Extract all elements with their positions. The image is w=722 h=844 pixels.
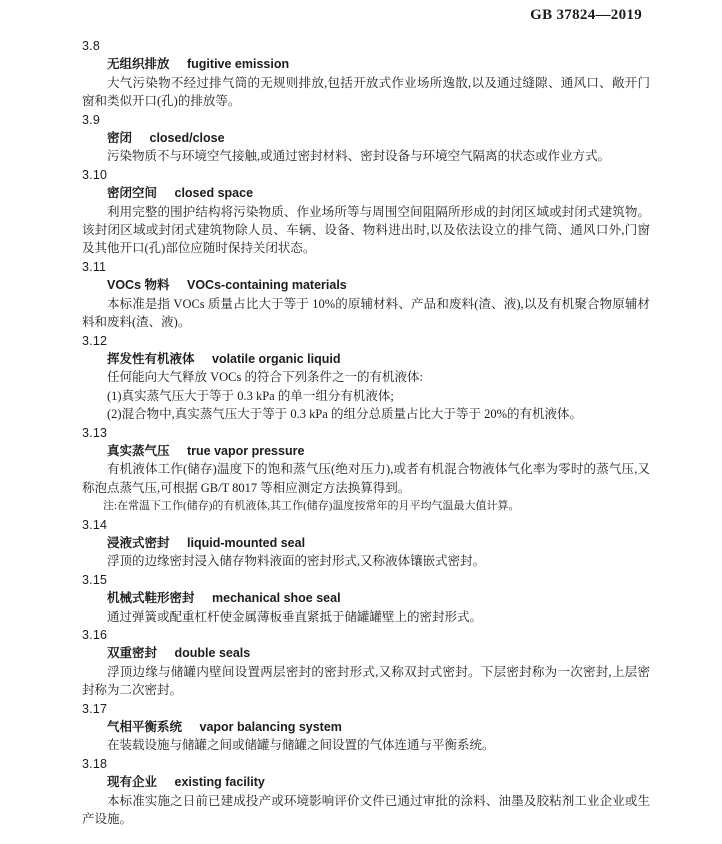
term-line: 密闭空间 closed space xyxy=(82,184,650,202)
term-line: 真实蒸气压 true vapor pressure xyxy=(82,442,650,460)
term-line: 机械式鞋形密封 mechanical shoe seal xyxy=(82,589,650,607)
term-zh: 真实蒸气压 xyxy=(107,444,170,458)
term-zh: 浸液式密封 xyxy=(107,536,170,550)
term-en: double seals xyxy=(175,646,251,660)
term-entry: 3.17 气相平衡系统 vapor balancing system 在装载设施… xyxy=(82,700,650,755)
definition-paragraph: 利用完整的围护结构将污染物质、作业场所等与周围空间阻隔所形成的封闭区域或封闭式建… xyxy=(82,203,650,258)
term-line: 挥发性有机液体 volatile organic liquid xyxy=(82,350,650,368)
terms-definitions-list: 3.8 无组织排放 fugitive emission 大气污染物不经过排气筒的… xyxy=(82,37,650,828)
term-zh: 密闭 xyxy=(107,131,132,145)
section-number: 3.13 xyxy=(82,424,650,442)
term-entry: 3.18 现有企业 existing facility 本标准实施之日前已建成投… xyxy=(82,755,650,829)
section-number: 3.17 xyxy=(82,700,650,718)
doc-number: GB 37824—2019 xyxy=(530,7,642,23)
definition-list-item: (1)真实蒸气压大于等于 0.3 kPa 的单一组分有机液体; xyxy=(82,387,650,405)
definition-paragraph: 有机液体工作(储存)温度下的饱和蒸气压(绝对压力),或者有机混合物液体气化率为零… xyxy=(82,460,650,497)
section-number: 3.15 xyxy=(82,571,650,589)
term-zh: 双重密封 xyxy=(107,646,157,660)
term-en: fugitive emission xyxy=(187,57,289,71)
term-zh: 密闭空间 xyxy=(107,186,157,200)
standard-number-header: GB 37824—2019 xyxy=(0,0,722,29)
section-number: 3.14 xyxy=(82,516,650,534)
section-number: 3.16 xyxy=(82,626,650,644)
definition-paragraph: 本标准实施之日前已建成投产或环境影响评价文件已通过审批的涂料、油墨及胶粘剂工业企… xyxy=(82,792,650,829)
definition-paragraph: 在装载设施与储罐之间或储罐与储罐之间设置的气体连通与平衡系统。 xyxy=(82,736,650,754)
term-line: 双重密封 double seals xyxy=(82,644,650,662)
term-zh: 气相平衡系统 xyxy=(107,720,182,734)
term-zh: 机械式鞋形密封 xyxy=(107,591,195,605)
section-number: 3.12 xyxy=(82,332,650,350)
definition-paragraph: 污染物质不与环境空气接触,或通过密封材料、密封设备与环境空气隔离的状态或作业方式… xyxy=(82,147,650,165)
term-entry: 3.15 机械式鞋形密封 mechanical shoe seal 通过弹簧或配… xyxy=(82,571,650,626)
term-en: VOCs-containing materials xyxy=(187,278,347,292)
term-entry: 3.10 密闭空间 closed space 利用完整的围护结构将污染物质、作业… xyxy=(82,166,650,258)
term-zh: 现有企业 xyxy=(107,775,157,789)
definition-list-item: (2)混合物中,真实蒸气压大于等于 0.3 kPa 的组分总质量占比大于等于 2… xyxy=(82,405,650,423)
term-entry: 3.11 VOCs 物料 VOCs-containing materials 本… xyxy=(82,258,650,332)
section-number: 3.8 xyxy=(82,37,650,55)
term-line: 浸液式密封 liquid-mounted seal xyxy=(82,534,650,552)
term-entry: 3.13 真实蒸气压 true vapor pressure 有机液体工作(储存… xyxy=(82,424,650,516)
term-entry: 3.8 无组织排放 fugitive emission 大气污染物不经过排气筒的… xyxy=(82,37,650,111)
term-en: true vapor pressure xyxy=(187,444,304,458)
definition-paragraph: 本标准是指 VOCs 质量占比大于等于 10%的原辅材料、产品和废料(渣、液),… xyxy=(82,295,650,332)
section-number: 3.10 xyxy=(82,166,650,184)
term-line: 现有企业 existing facility xyxy=(82,773,650,791)
definition-paragraph: 大气污染物不经过排气筒的无规则排放,包括开放式作业场所逸散,以及通过缝隙、通风口… xyxy=(82,74,650,111)
term-zh: 无组织排放 xyxy=(107,57,170,71)
term-entry: 3.9 密闭 closed/close 污染物质不与环境空气接触,或通过密封材料… xyxy=(82,111,650,166)
section-number: 3.18 xyxy=(82,755,650,773)
term-line: 无组织排放 fugitive emission xyxy=(82,55,650,73)
term-line: 密闭 closed/close xyxy=(82,129,650,147)
definition-paragraph: 通过弹簧或配重杠杆使金属薄板垂直紧抵于储罐罐壁上的密封形式。 xyxy=(82,608,650,626)
term-entry: 3.14 浸液式密封 liquid-mounted seal 浮顶的边缘密封浸入… xyxy=(82,516,650,571)
document-page: GB 37824—2019 3.8 无组织排放 fugitive emissio… xyxy=(0,0,722,844)
term-line: VOCs 物料 VOCs-containing materials xyxy=(82,276,650,294)
term-zh: VOCs 物料 xyxy=(107,278,170,292)
term-zh: 挥发性有机液体 xyxy=(107,352,195,366)
term-en: mechanical shoe seal xyxy=(212,591,341,605)
definition-paragraph: 浮顶边缘与储罐内壁间设置两层密封的密封形式,又称双封式密封。下层密封称为一次密封… xyxy=(82,663,650,700)
term-en: vapor balancing system xyxy=(200,720,342,734)
section-number: 3.9 xyxy=(82,111,650,129)
definition-paragraph: 浮顶的边缘密封浸入储存物料液面的密封形式,又称液体镶嵌式密封。 xyxy=(82,552,650,570)
term-en: closed/close xyxy=(150,131,225,145)
term-line: 气相平衡系统 vapor balancing system xyxy=(82,718,650,736)
term-entry: 3.12 挥发性有机液体 volatile organic liquid 任何能… xyxy=(82,332,650,424)
term-en: closed space xyxy=(175,186,254,200)
term-entry: 3.16 双重密封 double seals 浮顶边缘与储罐内壁间设置两层密封的… xyxy=(82,626,650,700)
section-number: 3.11 xyxy=(82,258,650,276)
term-en: volatile organic liquid xyxy=(212,352,341,366)
term-en: liquid-mounted seal xyxy=(187,536,305,550)
definition-paragraph: 任何能向大气释放 VOCs 的符合下列条件之一的有机液体: xyxy=(82,368,650,386)
term-en: existing facility xyxy=(175,775,265,789)
note-text: 注:在常温下工作(储存)的有机液体,其工作(储存)温度按常年的月平均气温最大值计… xyxy=(82,497,650,515)
